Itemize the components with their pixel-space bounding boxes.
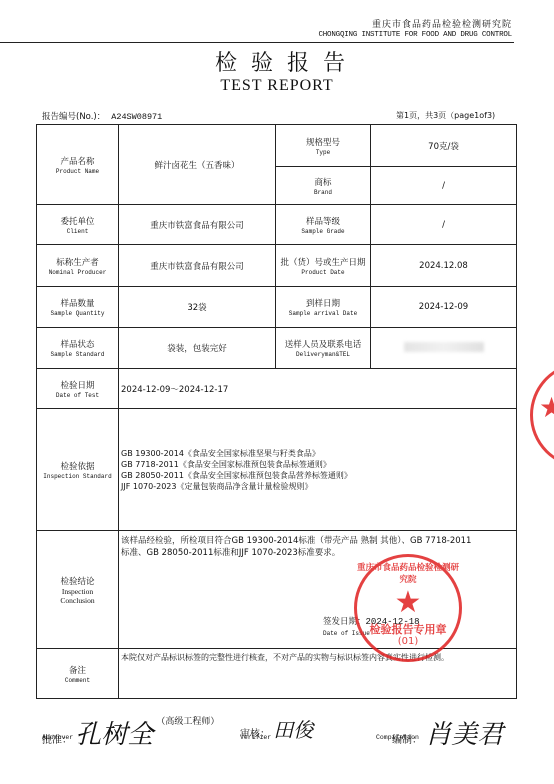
- comment-text: 本院仅对产品标识标签的完整性进行核查，不对产品的实物与标识标签内容真实性进行检测…: [119, 649, 517, 699]
- institute-name-cn: 重庆市食品药品检验检测研究院: [372, 17, 512, 30]
- standard-line: GB 19300-2014《食品安全国家标准坚果与籽类食品》: [121, 448, 514, 459]
- product-date-value: 2024.12.08: [371, 245, 517, 287]
- redacted-contact: [404, 342, 484, 352]
- test-date-label: 检验日期Date of Test: [37, 369, 119, 409]
- report-number: 报告编号(No.)：A24SW08971: [42, 110, 162, 122]
- compiler-label-en: Compilation: [376, 734, 419, 741]
- report-number-value: A24SW08971: [111, 112, 162, 122]
- arrival-date-value: 2024-12-09: [371, 287, 517, 328]
- brand-label: 商标Brand: [276, 167, 371, 205]
- standard-line: GB 28050-2011《食品安全国家标准预包装食品营养标签通则》: [121, 470, 514, 481]
- page-info: 第1页，共3页（page1of3): [396, 110, 495, 121]
- brand-value: /: [371, 167, 517, 205]
- sample-quantity-label: 样品数量Sample Quantity: [37, 287, 119, 328]
- type-value: 70克/袋: [371, 125, 517, 167]
- producer-value: 重庆市铁富食品有限公司: [119, 245, 276, 287]
- star-icon: ★: [357, 585, 459, 620]
- report-number-label: 报告编号(No.)：: [42, 112, 105, 122]
- standard-line: JJF 1070-2023《定量包装商品净含量计量检验规则》: [121, 481, 514, 492]
- compiler-block: 编制： 肖美君 Compilation: [392, 714, 503, 751]
- product-date-label: 批（货）号或生产日期Product Date: [276, 245, 371, 287]
- test-date-value: 2024-12-09～2024-12-17: [119, 369, 517, 409]
- official-stamp: 重庆市食品药品检验检测研究院 ★ 检验报告专用章 (01): [354, 554, 462, 662]
- conclusion-label: 检验结论 Inspection Conclusion: [37, 531, 119, 649]
- sample-grade-value: /: [371, 205, 517, 245]
- producer-label: 标称生产者Nominal Producer: [37, 245, 119, 287]
- product-name-label: 产品名称Product Name: [37, 125, 119, 205]
- verifier-signature: 田俊: [273, 718, 313, 742]
- partial-stamp-edge: ★: [530, 362, 554, 468]
- stamp-center-text: 检验报告专用章: [357, 621, 459, 637]
- inspection-standard-list: GB 19300-2014《食品安全国家标准坚果与籽类食品》 GB 7718-2…: [119, 409, 517, 531]
- stamp-ring-text: 重庆市食品药品检验检测研究院: [357, 561, 459, 585]
- client-label: 委托单位Client: [37, 205, 119, 245]
- type-label: 规格型号Type: [276, 125, 371, 167]
- institute-name-en: CHONGQING INSTITUTE FOR FOOD AND DRUG CO…: [318, 31, 512, 39]
- report-title-cn: 检验报告: [0, 46, 554, 77]
- approver-signature: 孔树全: [75, 720, 153, 750]
- verifier-label-en: Verifier: [240, 734, 271, 741]
- inspection-standard-label: 检验依据Inspection Standard: [37, 409, 119, 531]
- arrival-date-label: 到样日期Sample arrival Date: [276, 287, 371, 328]
- sample-standard-value: 袋装，包装完好: [119, 328, 276, 369]
- star-icon: ★: [533, 391, 554, 424]
- stamp-code: (01): [357, 636, 459, 647]
- deliveryman-label: 送样人员及联系电话Deliveryman&TEL: [276, 328, 371, 369]
- report-title-en: TEST REPORT: [0, 77, 554, 95]
- sample-grade-label: 样品等级Sample Grade: [276, 205, 371, 245]
- approver-block: 批准： 孔树全 （高级工程师） Approver: [42, 714, 219, 751]
- standard-line: GB 7718-2011《食品安全国家标准预包装食品标签通则》: [121, 459, 514, 470]
- client-value: 重庆市铁富食品有限公司: [119, 205, 276, 245]
- deliveryman-value: [371, 328, 517, 369]
- verifier-block: 审核： 田俊 Verifier: [240, 714, 313, 743]
- sample-quantity-value: 32袋: [119, 287, 276, 328]
- header-divider: [0, 42, 514, 43]
- approver-title: （高级工程师）: [156, 717, 219, 727]
- sample-standard-label: 样品状态Sample Standard: [37, 328, 119, 369]
- compiler-signature: 肖美君: [425, 720, 503, 750]
- comment-label: 备注Comment: [37, 649, 119, 699]
- approver-label-en: Approver: [42, 734, 73, 741]
- product-name-value: 鲜汁卤花生（五香味）: [119, 125, 276, 205]
- conclusion-text: 该样品经检验，所检项目符合GB 19300-2014标准（带壳产品 熟制 其他）…: [121, 535, 514, 559]
